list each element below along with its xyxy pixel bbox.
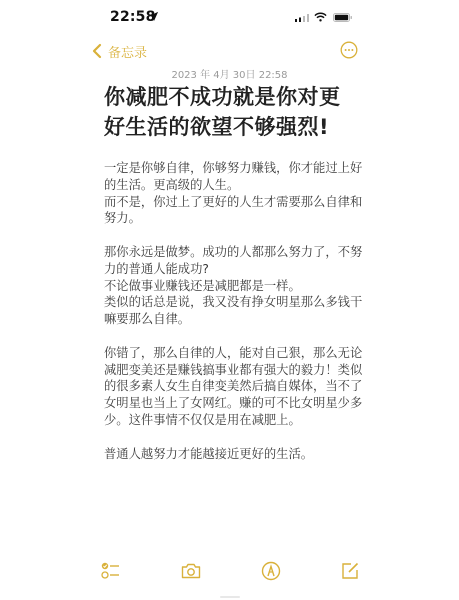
markup-pen-icon[interactable]: [260, 560, 282, 582]
back-button[interactable]: 备忘录: [92, 40, 147, 62]
chevron-left-icon: [92, 43, 102, 59]
ellipsis-circle-icon[interactable]: [340, 41, 358, 59]
nav-bar: 备忘录: [0, 36, 459, 66]
bottom-toolbar: [0, 560, 459, 586]
battery-icon: [333, 13, 353, 22]
note-paragraph: 普通人越努力才能越接近更好的生活。: [104, 446, 366, 463]
checklist-icon[interactable]: [100, 560, 122, 582]
note-title[interactable]: 你减肥不成功就是你对更好生活的欲望不够强烈!: [104, 82, 354, 142]
wifi-icon: [314, 12, 327, 22]
note-date: 2023 年 4月 30日 22:58: [0, 66, 459, 81]
compose-icon[interactable]: [339, 560, 361, 582]
location-arrow-icon: [148, 11, 159, 22]
home-indicator: [220, 596, 240, 598]
notes-screen: 22:58 备忘录: [0, 0, 459, 600]
status-bar: 22:58: [0, 0, 459, 34]
note-paragraph: 你错了，那么自律的人，能对自己狠，那么无论减肥变美还是赚钱搞事业都有强大的毅力！…: [104, 345, 366, 429]
note-paragraph: 一定是你够自律，你够努力赚钱，你才能过上好的生活。更高级的人生。 而不是，你过上…: [104, 160, 366, 227]
back-label: 备忘录: [108, 42, 147, 61]
camera-icon[interactable]: [180, 560, 202, 582]
note-body[interactable]: 一定是你够自律，你够努力赚钱，你才能过上好的生活。更高级的人生。 而不是，你过上…: [104, 160, 366, 479]
cellular-signal-icon: [295, 14, 309, 22]
note-paragraph: 那你永远是做梦。成功的人都那么努力了，不努力的普通人能成功? 不论做事业赚钱还是…: [104, 244, 366, 328]
